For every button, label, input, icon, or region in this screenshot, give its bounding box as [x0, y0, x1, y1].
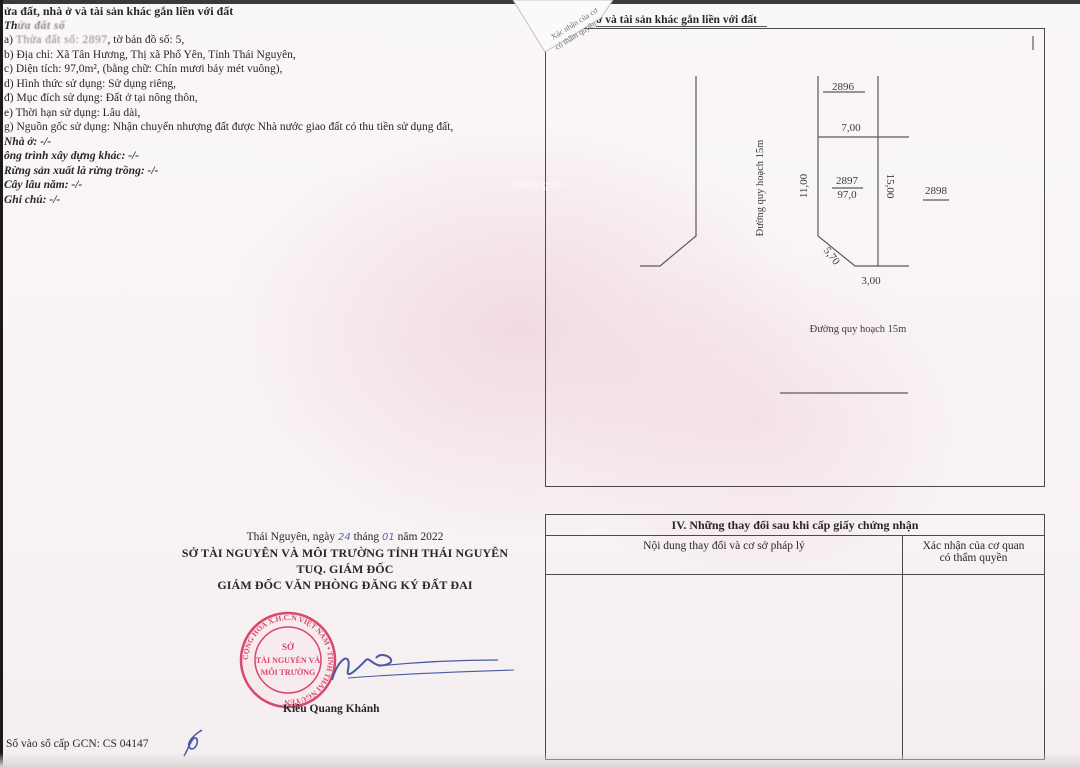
parcel-item: c) Diện tích: 97,0m², (bằng chữ: Chín mư… — [4, 62, 524, 77]
watermark: batdongsan — [512, 180, 564, 191]
svg-text:2896: 2896 — [832, 81, 855, 93]
signature-block: Thái Nguyên, ngày 24 tháng 01 năm 2022 S… — [150, 530, 540, 593]
handwritten-month: 01 — [382, 532, 395, 543]
signature-icon — [318, 640, 518, 690]
gcn-register-number: Số vào sổ cấp GCN: CS 04147 — [6, 738, 148, 750]
svg-text:MÔI TRƯỜNG: MÔI TRƯỜNG — [261, 667, 315, 677]
svg-text:97,0: 97,0 — [837, 189, 857, 201]
svg-text:11,00: 11,00 — [798, 173, 810, 198]
parcel-item: e) Thời hạn sử dụng: Lâu dài, — [4, 106, 524, 121]
parcel-item: a) Thửa đất số: 2897, tờ bản đồ số: 5, — [4, 33, 524, 48]
svg-text:Đường quy hoạch 15m: Đường quy hoạch 15m — [810, 324, 907, 335]
svg-text:3,00: 3,00 — [861, 275, 881, 287]
scan-edge-left — [0, 0, 3, 767]
column-header-content: Nội dung thay đổi và cơ sở pháp lý — [546, 536, 903, 575]
asset-item: Rừng sản xuất là rừng trồng: -/- — [4, 164, 524, 179]
change-content-cell — [546, 575, 903, 760]
svg-text:2898: 2898 — [925, 185, 948, 197]
section-heading: ửa đất, nhà ở và tài sản khác gắn liền v… — [4, 4, 524, 19]
changes-table: IV. Những thay đổi sau khi cấp giấy chứn… — [545, 514, 1045, 760]
signer-title: GIÁM ĐỐC VĂN PHÒNG ĐĂNG KÝ ĐẤT ĐAI — [150, 577, 540, 593]
asset-item: ông trình xây dựng khác: -/- — [4, 149, 524, 164]
subheading: Thửa đất số — [4, 19, 524, 34]
svg-text:2897: 2897 — [836, 175, 859, 187]
parcel-item: d) Hình thức sử dụng: Sử dụng riêng, — [4, 77, 524, 92]
obscured-text: Thửa đất số: 2897 — [16, 34, 108, 46]
parcel-diagram: 2896 7,00 2897 97,0 2898 3,00 11,00 15,0… — [545, 28, 1045, 487]
changes-table-title: IV. Những thay đổi sau khi cấp giấy chứn… — [546, 515, 1045, 536]
issuing-org: SỞ TÀI NGUYÊN VÀ MÔI TRƯỜNG TỈNH THÁI NG… — [150, 545, 540, 561]
svg-text:7,00: 7,00 — [841, 122, 861, 134]
table-row — [546, 575, 1045, 760]
svg-text:TÀI NGUYÊN VÀ: TÀI NGUYÊN VÀ — [256, 655, 321, 665]
asset-item: Nhà ở: -/- — [4, 135, 524, 150]
asset-item: Cây lâu năm: -/- — [4, 178, 524, 193]
obscured-text: ửa đất số — [17, 20, 65, 32]
scan-edge-bottom — [0, 753, 1080, 767]
certificate-page: ửa đất, nhà ở và tài sản khác gắn liền v… — [0, 0, 1080, 767]
parcel-item: đ) Mục đích sử dụng: Đất ở tại nông thôn… — [4, 91, 524, 106]
column-header-confirmation: Xác nhận của cơ quan có thẩm quyền — [903, 536, 1045, 575]
parcel-info-section: ửa đất, nhà ở và tài sản khác gắn liền v… — [4, 4, 524, 207]
parcel-items-list: a) Thửa đất số: 2897, tờ bản đồ số: 5,b)… — [4, 33, 524, 135]
signer-name: Kiều Quang Khánh — [283, 703, 380, 715]
parcel-item: g) Nguồn gốc sử dụng: Nhận chuyển nhượng… — [4, 120, 494, 135]
handwritten-day: 24 — [338, 532, 351, 543]
issue-date: Thái Nguyên, ngày 24 tháng 01 năm 2022 — [150, 530, 540, 545]
authorization: TUQ. GIÁM ĐỐC — [150, 561, 540, 577]
svg-text:SỞ: SỞ — [282, 642, 295, 652]
svg-text:5,70: 5,70 — [821, 245, 843, 268]
asset-item: Ghi chú: -/- — [4, 193, 524, 208]
parcel-item: b) Địa chỉ: Xã Tân Hương, Thị xã Phổ Yên… — [4, 48, 524, 63]
change-confirmation-cell — [903, 575, 1045, 760]
assets-list: Nhà ở: -/-ông trình xây dựng khác: -/-Rừ… — [4, 135, 524, 208]
svg-text:15,00: 15,00 — [884, 174, 896, 199]
folded-corner: Xác nhận của cơ có thẩm quyền — [505, 0, 645, 62]
svg-text:Đường quy hoạch 15m: Đường quy hoạch 15m — [755, 140, 766, 237]
